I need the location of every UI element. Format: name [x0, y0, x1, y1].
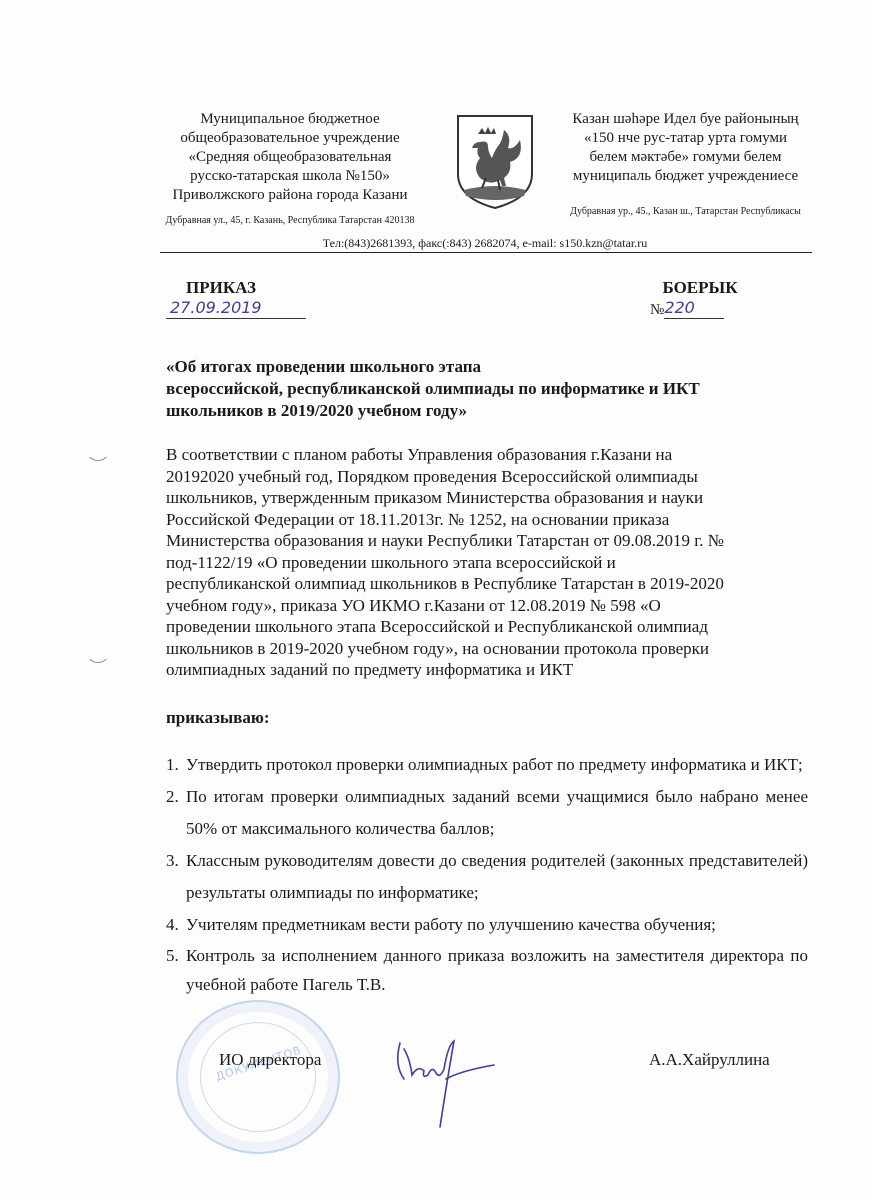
item-text: Утвердить протокол проверки олимпиадных …: [186, 749, 808, 781]
org-line: Казан шәһәре Идел буе районының: [543, 110, 828, 129]
title-line: «Об итогах проведении школьного этапа: [166, 356, 806, 378]
order-title-ru: ПРИКАЗ: [166, 278, 276, 298]
list-item: 3.Классным руководителям довести до свед…: [166, 845, 808, 909]
handwritten-signature-icon: [390, 1035, 500, 1130]
org-line: муниципаль бюджет учреждениесе: [543, 167, 828, 186]
item-number: 3.: [166, 845, 186, 909]
title-line: всероссийской, республиканской олимпиады…: [166, 378, 806, 400]
official-stamp: ДОКУМЕНТОВ: [176, 1000, 340, 1154]
item-number: 1.: [166, 749, 186, 781]
org-line: Муниципальное бюджетное: [140, 110, 440, 129]
order-items-list: 1.Утвердить протокол проверки олимпиадны…: [166, 749, 808, 999]
order-title-tt: БОЕРЫК: [650, 278, 750, 298]
contacts-line: Тел:(843)2681393, факс(:843) 2682074, e-…: [160, 236, 810, 251]
header-divider: [160, 252, 812, 253]
body-line: проведении школьного этапа Всероссийской…: [166, 616, 806, 638]
order-date: 27.09.2019: [166, 298, 306, 319]
org-line: русско-татарская школа №150»: [140, 167, 440, 186]
org-address: Дубравная ул., 45, г. Казань, Республика…: [140, 215, 440, 227]
list-item: 2.По итогам проверки олимпиадных заданий…: [166, 781, 808, 845]
org-address: Дубравная ур., 45., Казан ш., Татарстан …: [543, 206, 828, 218]
document-page: Муниципальное бюджетное общеобразователь…: [0, 0, 872, 1200]
body-line: республиканской олимпиад школьников в Ре…: [166, 573, 806, 595]
signatory-role: ИО директора: [219, 1050, 321, 1070]
org-line: Приволжского района города Казани: [140, 186, 440, 205]
item-number: 5.: [166, 941, 186, 999]
header-left-russian: Муниципальное бюджетное общеобразователь…: [140, 110, 440, 227]
body-line: под-1122/19 «О проведении школьного этап…: [166, 552, 806, 574]
directive-word: приказываю:: [166, 708, 270, 728]
org-line: белем мәктәбе» гомуми белем: [543, 148, 828, 167]
body-line: школьников в 2019-2020 учебном году», на…: [166, 638, 806, 660]
list-item: 5.Контроль за исполнением данного приказ…: [166, 941, 808, 999]
body-line: В соответствии с планом работы Управлени…: [166, 444, 806, 466]
org-line: «150 нче рус-татар урта гомуми: [543, 129, 828, 148]
item-number: 2.: [166, 781, 186, 845]
item-text: Классным руководителям довести до сведен…: [186, 845, 808, 909]
item-number: 4.: [166, 909, 186, 941]
item-text: Контроль за исполнением данного приказа …: [186, 941, 808, 999]
body-line: олимпиадных заданий по предмету информат…: [166, 659, 806, 681]
org-line: общеобразовательное учреждение: [140, 129, 440, 148]
list-item: 4.Учителям предметникам вести работу по …: [166, 909, 808, 941]
punch-hole-mark: [86, 438, 110, 461]
order-number-block: БОЕРЫК № 220: [650, 278, 750, 319]
body-line: учебном году», приказа УО ИКМО г.Казани …: [166, 595, 806, 617]
order-date-block: ПРИКАЗ 27.09.2019: [166, 278, 306, 319]
body-line: Российской Федерации от 18.11.2013г. № 1…: [166, 509, 806, 531]
document-title: «Об итогах проведении школьного этапа вс…: [166, 356, 806, 422]
header-right-tatar: Казан шәһәре Идел буе районының «150 нче…: [543, 110, 828, 218]
title-line: школьников в 2019/2020 учебном году»: [166, 400, 806, 422]
item-text: По итогам проверки олимпиадных заданий в…: [186, 781, 808, 845]
list-item: 1.Утвердить протокол проверки олимпиадны…: [166, 749, 808, 781]
order-number: 220: [664, 298, 724, 319]
org-line: «Средняя общеобразовательная: [140, 148, 440, 167]
item-text: Учителям предметникам вести работу по ул…: [186, 909, 808, 941]
signatory-name: А.А.Хайруллина: [649, 1050, 770, 1070]
punch-hole-mark: [86, 640, 110, 663]
body-line: 20192020 учебный год, Порядком проведени…: [166, 466, 806, 488]
number-sign: №: [650, 302, 664, 319]
kazan-coat-of-arms-icon: [454, 112, 536, 210]
body-line: Министерства образования и науки Республ…: [166, 530, 806, 552]
body-line: школьников, утвержденным приказом Минист…: [166, 487, 806, 509]
preamble-paragraph: В соответствии с планом работы Управлени…: [166, 444, 806, 681]
